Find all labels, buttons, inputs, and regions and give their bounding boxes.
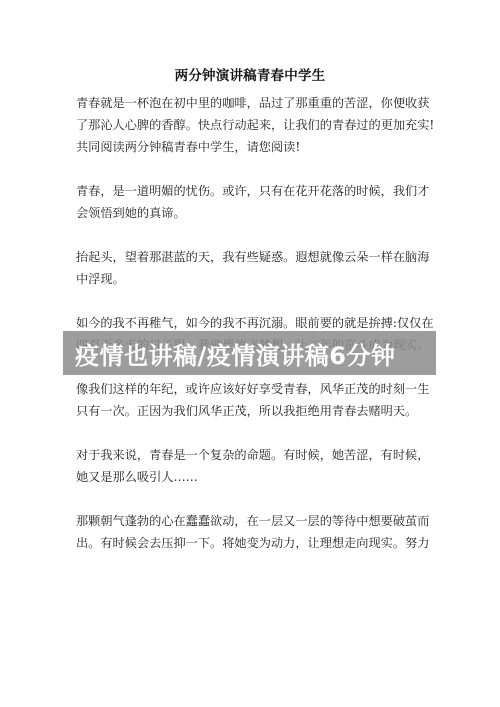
text-line: 共同阅读两分钟稿青春中学生，请您阅读!: [76, 136, 426, 158]
document-body: 青春就是一杯泡在初中里的咖啡，品过了那重重的苦涩，你便收获 了那沁人心脾的香醇。…: [76, 92, 426, 554]
title-overlay-banner: 疫情也讲稿/疫情演讲稿6分钟: [63, 331, 436, 375]
paragraph: 青春就是一杯泡在初中里的咖啡，品过了那重重的苦涩，你便收获 了那沁人心脾的香醇。…: [76, 92, 426, 158]
text-line: 她又是那么吸引人……: [76, 466, 426, 488]
text-line: 出。有时候会去压抑一下。将她变为动力，让理想走向现实。努力: [76, 532, 426, 554]
paragraph: 对于我来说，青春是一个复杂的命题。有时候，她苦涩，有时候， 她又是那么吸引人……: [76, 444, 426, 488]
paragraph-spacer: [76, 488, 426, 510]
text-line: 中浮现。: [76, 268, 426, 290]
banner-title: 疫情也讲稿/疫情演讲稿6分钟: [75, 336, 395, 371]
document-page: 两分钟演讲稿青春中学生 青春就是一杯泡在初中里的咖啡，品过了那重重的苦涩，你便收…: [0, 0, 500, 707]
paragraph: 抬起头，望着那湛蓝的天，我有些疑惑。遐想就像云朵一样在脑海 中浮现。: [76, 246, 426, 290]
paragraph: 那颗朝气蓬勃的心在蠢蠢欲动，在一层又一层的等待中想要破茧而 出。有时候会去压抑一…: [76, 510, 426, 554]
text-line: 对于我来说，青春是一个复杂的命题。有时候，她苦涩，有时候，: [76, 444, 426, 466]
text-line: 像我们这样的年纪，或许应该好好享受青春，风华正茂的时刻一生: [76, 378, 426, 400]
text-line: 会领悟到她的真谛。: [76, 202, 426, 224]
text-line: 青春，是一道明媚的忧伤。或许，只有在花开花落的时候，我们才: [76, 180, 426, 202]
paragraph-spacer: [76, 290, 426, 312]
paragraph-spacer: [76, 224, 426, 246]
paragraph-spacer: [76, 158, 426, 180]
text-line: 只有一次。正因为我们风华正茂，所以我拒绝用青春去赌明天。: [76, 400, 426, 422]
document-title: 两分钟演讲稿青春中学生: [0, 64, 500, 84]
paragraph-spacer: [76, 422, 426, 444]
paragraph: 像我们这样的年纪，或许应该好好享受青春，风华正茂的时刻一生 只有一次。正因为我们…: [76, 378, 426, 422]
text-line: 青春就是一杯泡在初中里的咖啡，品过了那重重的苦涩，你便收获: [76, 92, 426, 114]
text-line: 那颗朝气蓬勃的心在蠢蠢欲动，在一层又一层的等待中想要破茧而: [76, 510, 426, 532]
paragraph: 青春，是一道明媚的忧伤。或许，只有在花开花落的时候，我们才 会领悟到她的真谛。: [76, 180, 426, 224]
text-line: 了那沁人心脾的香醇。快点行动起来，让我们的青春过的更加充实!: [76, 114, 426, 136]
text-line: 抬起头，望着那湛蓝的天，我有些疑惑。遐想就像云朵一样在脑海: [76, 246, 426, 268]
